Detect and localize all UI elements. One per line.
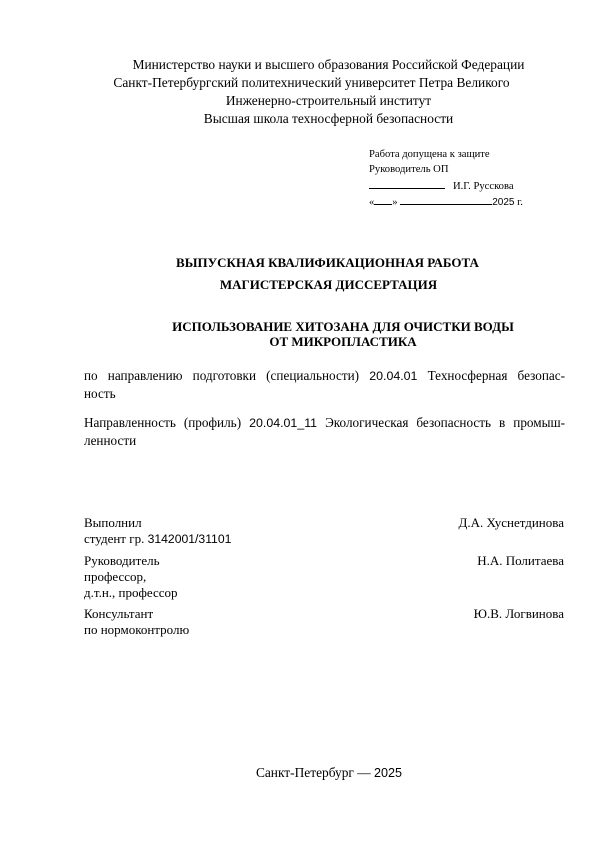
consultant-area: по нормоконтролю	[84, 622, 189, 638]
profile-prefix: Направленность (профиль)	[84, 415, 241, 430]
supervisor-role-label: Руководитель	[84, 553, 178, 569]
study-profile-line1: Направленность (профиль) 20.04.01_11 Эко…	[84, 414, 565, 432]
signature-student-role: Выполнил студент гр. 3142001/31101	[84, 515, 231, 547]
profile-name-part1: Экологическая безопасность в промыш-	[325, 415, 565, 430]
footer-year: 2025	[374, 766, 402, 780]
approval-block: Работа допущена к защите Руководитель ОП…	[369, 147, 523, 210]
approval-admitted: Работа допущена к защите	[369, 147, 523, 162]
supervisor-position: профессор,	[84, 569, 178, 585]
approval-year: 2025	[492, 197, 514, 208]
day-blank	[374, 194, 392, 205]
study-direction-line1: по направлению подготовки (специальности…	[84, 367, 565, 385]
work-type-title: ВЫПУСКНАЯ КВАЛИФИКАЦИОННАЯ РАБОТА	[0, 255, 595, 271]
footer-city-year: Санкт-Петербург — 2025	[0, 765, 595, 781]
signature-supervisor-role: Руководитель профессор, д.т.н., профессо…	[84, 553, 178, 601]
student-group-line: студент гр. 3142001/31101	[84, 531, 231, 547]
approval-year-suffix: г.	[515, 197, 523, 208]
approval-program-head-label: Руководитель ОП	[369, 162, 523, 177]
institute-name: Инженерно-строительный институт	[0, 93, 595, 109]
student-group-number: 3142001/31101	[148, 532, 232, 546]
signature-consultant-role: Консультант по нормоконтролю	[84, 606, 189, 638]
study-direction: по направлению подготовки (специальности…	[84, 367, 565, 402]
consultant-name: Ю.В. Логвинова	[474, 606, 564, 622]
footer-city: Санкт-Петербург —	[256, 765, 371, 780]
student-role-label: Выполнил	[84, 515, 231, 531]
profile-code: 20.04.01_11	[249, 416, 317, 430]
direction-prefix: по направлению подготовки (специальности…	[84, 368, 359, 383]
degree-type-title: МАГИСТЕРСКАЯ ДИССЕРТАЦИЯ	[0, 277, 595, 293]
thesis-topic-line1: ИСПОЛЬЗОВАНИЕ ХИТОЗАНА ДЛЯ ОЧИСТКИ ВОДЫ	[158, 319, 528, 334]
approval-date-line: «» 2025 г.	[369, 194, 523, 210]
study-profile: Направленность (профиль) 20.04.01_11 Эко…	[84, 414, 565, 449]
ministry-name: Министерство науки и высшего образования…	[0, 57, 595, 73]
student-name: Д.А. Хуснетдинова	[458, 515, 564, 531]
date-close-quote: »	[392, 197, 397, 208]
direction-name-part2: ность	[84, 386, 116, 401]
consultant-role-label: Консультант	[84, 606, 189, 622]
signature-blank	[369, 178, 445, 189]
approval-signature-line: И.Г. Русскова	[369, 178, 523, 194]
student-group-prefix: студент гр.	[84, 531, 144, 546]
direction-code: 20.04.01	[369, 369, 417, 383]
program-head-name: И.Г. Русскова	[453, 181, 514, 192]
university-name: Санкт-Петербургский политехнический унив…	[0, 75, 595, 91]
thesis-topic-line2: ОТ МИКРОПЛАСТИКА	[158, 334, 528, 349]
direction-name-part1: Техносферная безопас-	[428, 368, 565, 383]
profile-name-part2: ленности	[84, 433, 136, 448]
supervisor-degree: д.т.н., профессор	[84, 585, 178, 601]
month-blank	[400, 194, 492, 205]
school-name: Высшая школа техносферной безопасности	[0, 111, 595, 127]
supervisor-name: Н.А. Политаева	[477, 553, 564, 569]
